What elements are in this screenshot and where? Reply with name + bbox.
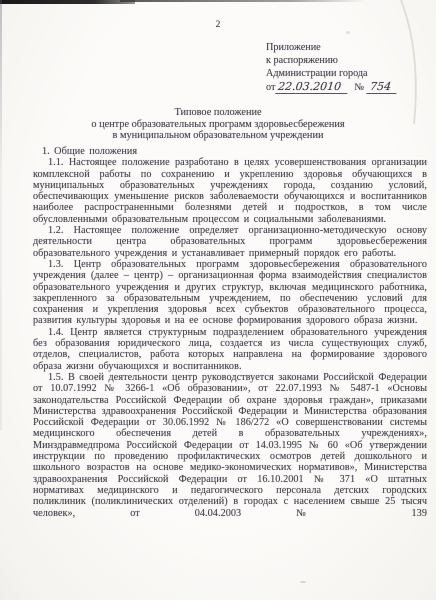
- paragraph-1-5: 1.5. В своей деятельности центр руководс…: [33, 372, 427, 519]
- paragraph-1-3: 1.3. Центр образовательных программ здор…: [33, 259, 427, 327]
- scan-speck: [346, 31, 350, 34]
- title-line: в муниципальном образовательном учрежден…: [0, 130, 436, 142]
- annex-line: Приложение: [266, 41, 397, 54]
- title-line: о центре образовательных программ здоров…: [0, 119, 436, 131]
- scan-edge-artifact: [0, 0, 2, 430]
- paragraph-1-1: 1.1. Настоящее положение разработано в ц…: [33, 157, 427, 225]
- page-number: 2: [0, 20, 436, 31]
- paragraph-1-2: 1.2. Настоящее положение определяет орга…: [33, 225, 427, 259]
- annex-date-line: от22.03.2010№ 754: [266, 81, 397, 94]
- section-heading: 1. Общие положения: [33, 146, 427, 157]
- annex-line: Администрации города: [266, 67, 397, 80]
- paragraph-1-4: 1.4. Центр является структурным подразде…: [33, 327, 427, 372]
- scan-edge-artifact: [120, 0, 365, 2]
- number-sign: №: [354, 82, 364, 93]
- scanned-document-page: 2 Приложение к распоряжению Администраци…: [0, 0, 436, 600]
- annex-line: к распоряжению: [266, 54, 397, 67]
- document-title: Типовое положение о центре образовательн…: [0, 107, 436, 142]
- date-prefix-label: от: [266, 82, 275, 93]
- annex-reference-block: Приложение к распоряжению Администрации …: [266, 41, 397, 94]
- title-line: Типовое положение: [0, 107, 436, 119]
- document-body: 1. Общие положения 1.1. Настоящее положе…: [33, 146, 427, 519]
- scan-speck: [300, 581, 306, 583]
- handwritten-date: 22.03.2010: [276, 81, 349, 94]
- handwritten-number: 754: [366, 81, 397, 94]
- scan-edge-artifact: [0, 0, 135, 4]
